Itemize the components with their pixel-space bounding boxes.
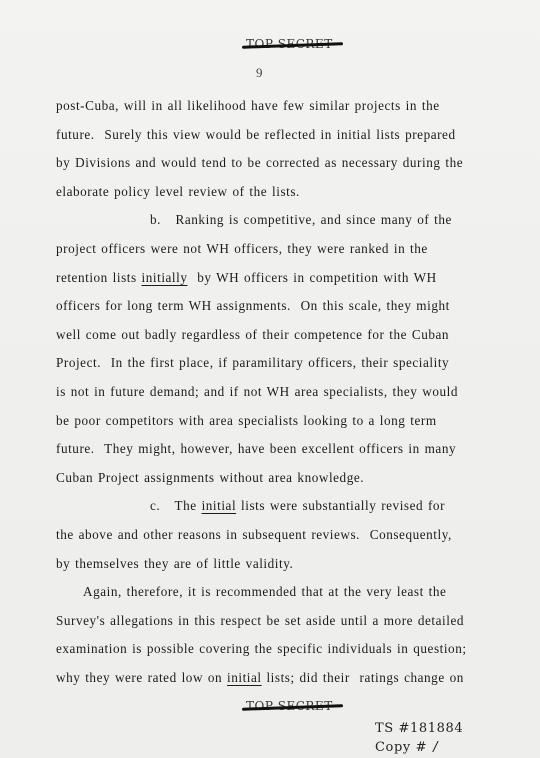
text-segment: be poor competitors with area specialist… [56, 413, 437, 428]
underlined-word: initial [227, 670, 262, 685]
text-line: project officers were not WH officers, t… [56, 241, 428, 257]
text-segment: well come out badly regardless of their … [56, 327, 449, 342]
classification-marking-top: TOP SECRET [246, 37, 333, 51]
reference-number: TS #181884 [375, 721, 463, 736]
page-number: 9 [256, 65, 263, 81]
text-segment: lists; did their ratings change on [262, 670, 464, 685]
text-line: the above and other reasons in subsequen… [56, 527, 452, 543]
text-line: is not in future demand; and if not WH a… [56, 384, 458, 400]
text-segment: examination is possible covering the spe… [56, 641, 467, 656]
text-line: Survey's allegations in this respect be … [56, 613, 464, 629]
text-segment: future. Surely this view would be reflec… [56, 127, 456, 142]
text-segment: by themselves they are of little validit… [56, 556, 293, 571]
text-line: why they were rated low on initial lists… [56, 670, 464, 686]
text-segment: by WH officers in competition with WH [188, 270, 437, 285]
text-segment: project officers were not WH officers, t… [56, 241, 428, 256]
text-line: officers for long term WH assignments. O… [56, 298, 450, 314]
text-line: future. They might, however, have been e… [56, 441, 456, 457]
text-line: be poor competitors with area specialist… [56, 413, 437, 429]
text-segment: why they were rated low on [56, 670, 227, 685]
text-line: by themselves they are of little validit… [56, 556, 293, 572]
text-line: Again, therefore, it is recommended that… [83, 584, 446, 600]
text-line: examination is possible covering the spe… [56, 641, 467, 657]
text-line: Cuban Project assignments without area k… [56, 470, 364, 486]
text-line: by Divisions and would tend to be correc… [56, 155, 463, 171]
underlined-word: initial [202, 498, 237, 513]
text-segment: Cuban Project assignments without area k… [56, 470, 364, 485]
document-page: TOP SECRET 9 post-Cuba, will in all like… [0, 0, 540, 758]
text-line: future. Surely this view would be reflec… [56, 127, 456, 143]
text-segment: retention lists [56, 270, 142, 285]
copy-number-handwritten: / [433, 740, 438, 755]
text-line: retention lists initially by WH officers… [56, 270, 437, 286]
classification-marking-bottom: TOP SECRET [246, 699, 333, 713]
text-segment: elaborate policy level review of the lis… [56, 184, 300, 199]
text-line: Project. In the first place, if paramili… [56, 355, 449, 371]
text-line: post-Cuba, will in all likelihood have f… [56, 98, 440, 114]
text-segment: lists were substantially revised for [236, 498, 445, 513]
copy-label: Copy # [375, 740, 427, 755]
text-segment: officers for long term WH assignments. O… [56, 298, 450, 313]
text-line: b. Ranking is competitive, and since man… [150, 212, 452, 228]
text-segment: Survey's allegations in this respect be … [56, 613, 464, 628]
underlined-word: initially [142, 270, 188, 285]
copy-number-line: Copy #/ [375, 740, 438, 755]
text-segment: Project. In the first place, if paramili… [56, 355, 449, 370]
text-line: c. The initial lists were substantially … [150, 498, 445, 514]
text-segment: future. They might, however, have been e… [56, 441, 456, 456]
text-segment: by Divisions and would tend to be correc… [56, 155, 463, 170]
text-segment: b. Ranking is competitive, and since man… [150, 212, 452, 227]
text-line: well come out badly regardless of their … [56, 327, 449, 343]
text-line: elaborate policy level review of the lis… [56, 184, 300, 200]
text-segment: c. The [150, 498, 202, 513]
text-segment: Again, therefore, it is recommended that… [83, 584, 446, 599]
text-segment: post-Cuba, will in all likelihood have f… [56, 98, 440, 113]
text-segment: is not in future demand; and if not WH a… [56, 384, 458, 399]
text-segment: the above and other reasons in subsequen… [56, 527, 452, 542]
